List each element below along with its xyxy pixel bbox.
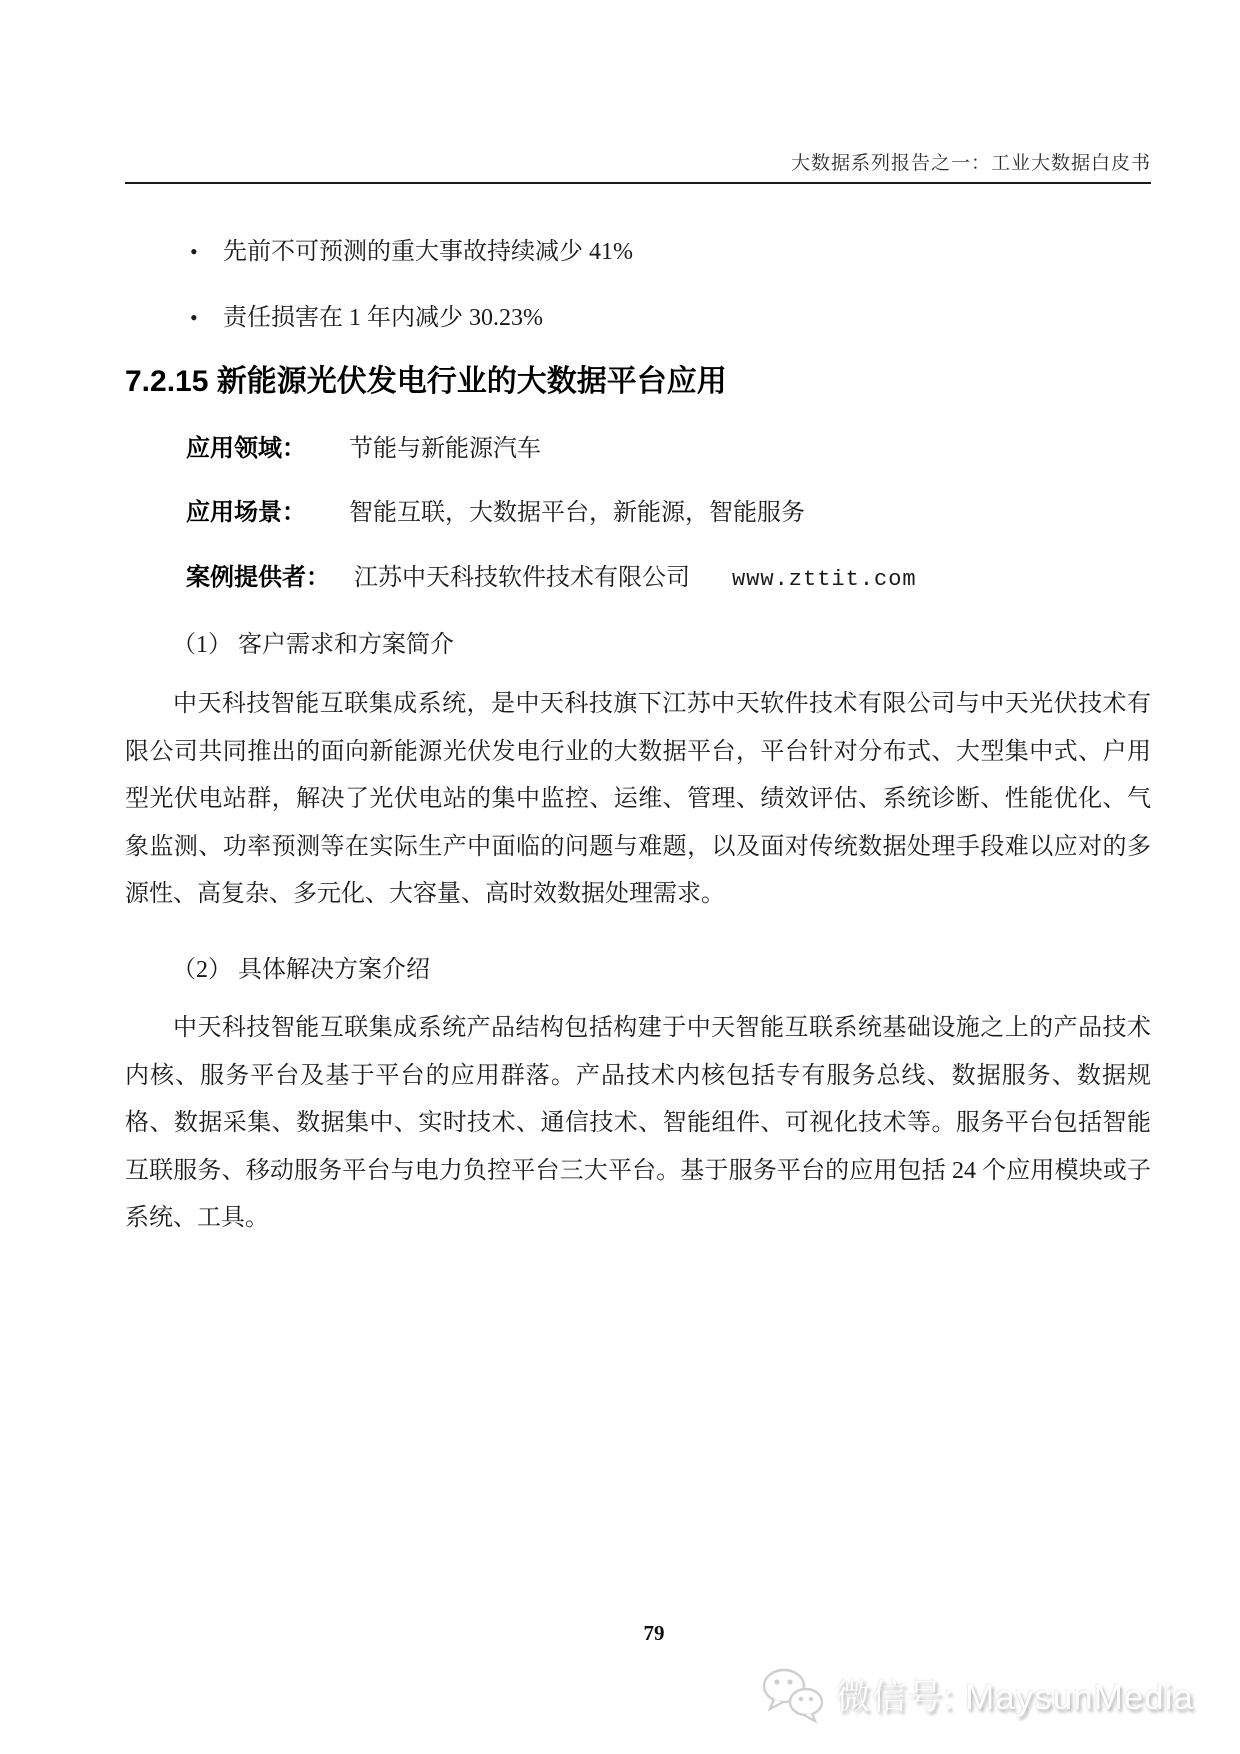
meta-row-application-scenario: 应用场景：智能互联，大数据平台，新能源，智能服务 (186, 492, 805, 527)
bullet-dot-icon: • (190, 305, 223, 331)
bullet-dot-icon: • (190, 239, 223, 265)
meta-label: 应用场景： (186, 492, 325, 527)
meta-label: 案例提供者： (186, 557, 330, 592)
meta-label: 应用领域： (186, 428, 325, 463)
section-heading: 7.2.15 新能源光伏发电行业的大数据平台应用 (125, 356, 727, 400)
meta-row-application-field: 应用领域：节能与新能源汽车 (186, 428, 541, 463)
provider-website-text: www.zttit.com (732, 567, 917, 592)
wechat-watermark: 微信号: MaysunMedia (760, 1666, 1194, 1724)
subsection-1-heading: （1） 客户需求和方案简介 (172, 624, 454, 659)
bullet-text: 先前不可预测的重大事故持续减少 41% (223, 239, 633, 265)
meta-row-case-provider: 案例提供者：江苏中天科技软件技术有限公司www.zttit.com (186, 557, 917, 592)
meta-value: 节能与新能源汽车 (349, 436, 541, 462)
paragraph-solution-intro: 中天科技智能互联集成系统产品结构包括构建于中天智能互联系统基础设施之上的产品技术… (125, 1005, 1151, 1243)
watermark-text: 微信号: MaysunMedia (836, 1670, 1194, 1720)
bullet-item: •先前不可预测的重大事故持续减少 41% (190, 231, 633, 266)
page-header-title: 大数据系列报告之一：工业大数据白皮书 (125, 148, 1151, 175)
page-number: 79 (125, 1621, 1183, 1646)
meta-value: 江苏中天科技软件技术有限公司 (354, 565, 690, 591)
wechat-icon (760, 1666, 826, 1724)
bullet-text: 责任损害在 1 年内减少 30.23% (223, 305, 543, 331)
header-divider (125, 182, 1151, 184)
paragraph-customer-needs: 中天科技智能互联集成系统，是中天科技旗下江苏中天软件技术有限公司与中天光伏技术有… (125, 681, 1151, 919)
bullet-item: •责任损害在 1 年内减少 30.23% (190, 297, 543, 332)
meta-value: 智能互联，大数据平台，新能源，智能服务 (349, 500, 805, 526)
subsection-2-heading: （2） 具体解决方案介绍 (172, 949, 430, 984)
